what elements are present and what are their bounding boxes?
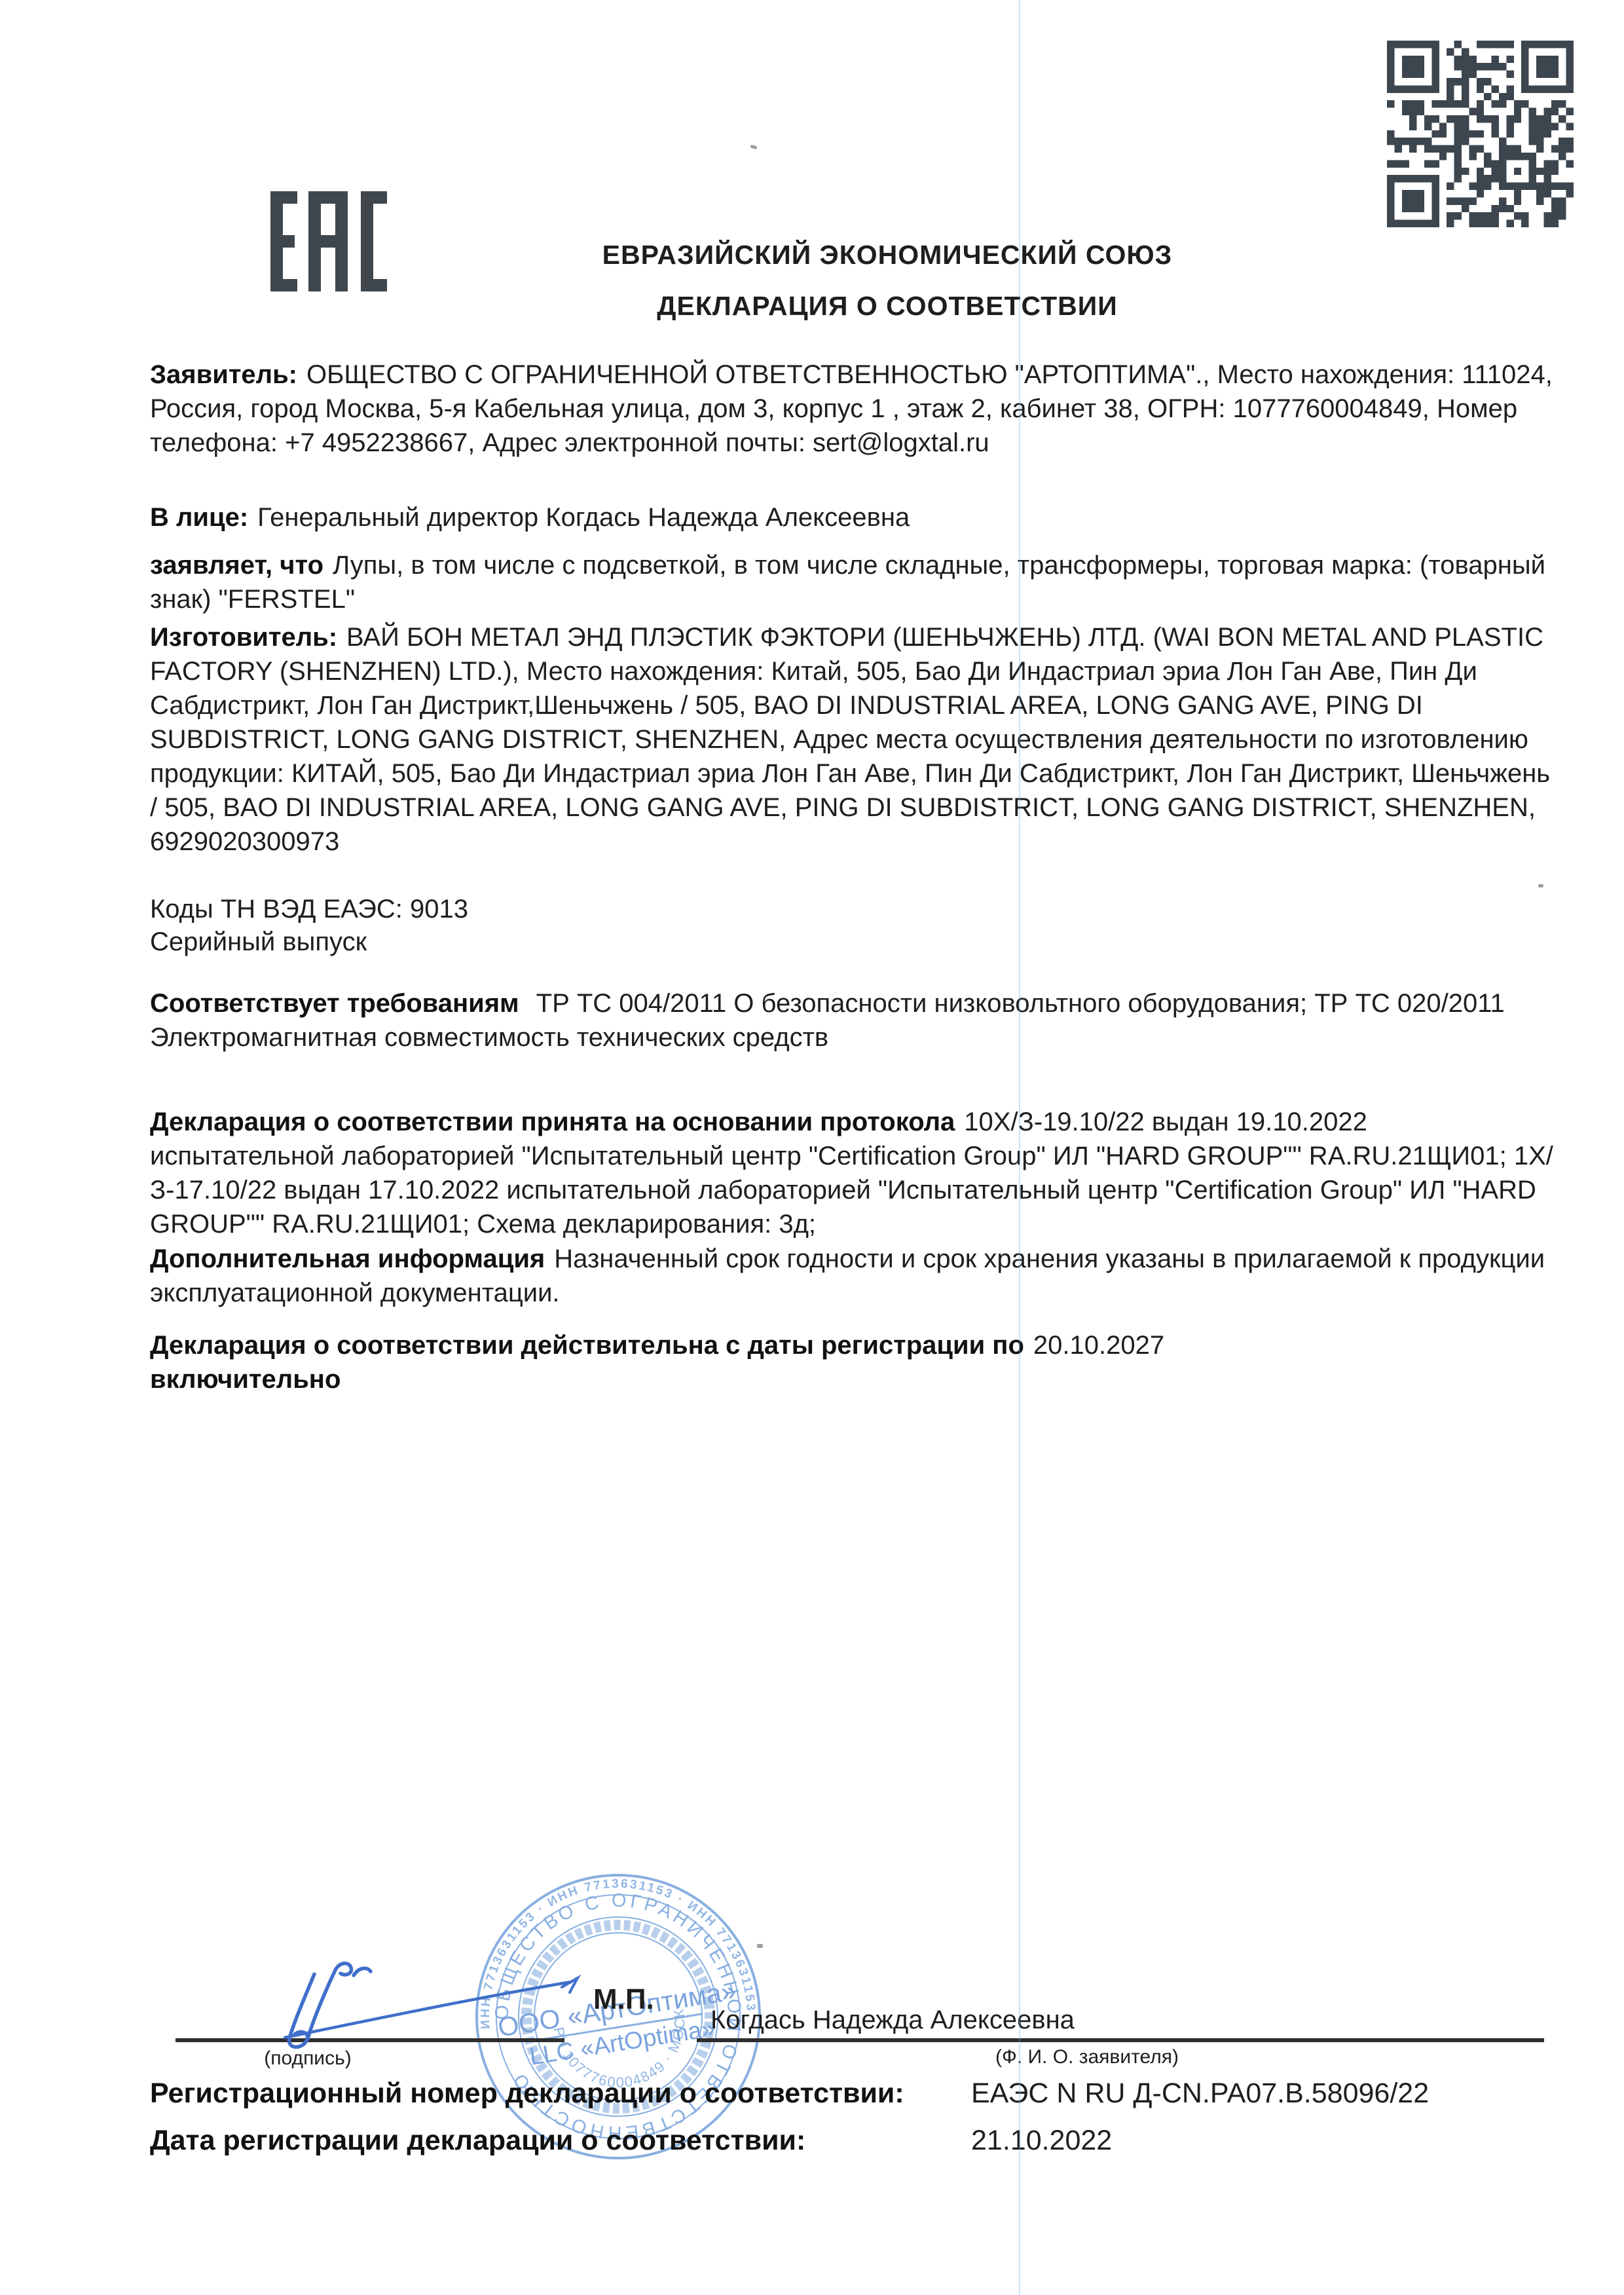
tnved-codes-line: Коды ТН ВЭД ЕАЭС: 9013 [150,892,1558,926]
compliance-label: Соответствует требованиям [150,989,519,1018]
manufacturer-text: ВАЙ БОН МЕТАЛ ЭНД ПЛЭСТИК ФЭКТОРИ (ШЕНЬЧ… [150,623,1550,856]
scan-speck [757,1944,763,1948]
declares-label: заявляет, что [150,551,323,580]
document-title: ДЕКЛАРАЦИЯ О СООТВЕТСТВИИ [157,291,1617,322]
validity-suffix: включительно [150,1362,1549,1396]
validity-date: 20.10.2027 [1033,1331,1164,1360]
manufacturer-paragraph: Изготовитель:ВАЙ БОН МЕТАЛ ЭНД ПЛЭСТИК Ф… [150,620,1558,859]
declares-text: Лупы, в том числе с подсветкой, в том чи… [150,551,1545,614]
name-rule [697,2038,1544,2042]
registration-number-value: ЕАЭС N RU Д-CN.РА07.В.58096/22 [971,2078,1429,2110]
validity-label: Декларация о соответствии действительна … [150,1331,1024,1360]
compliance-paragraph: Соответствует требованиямТР ТС 004/2011 … [150,986,1558,1054]
scanner-artifact-line [1019,0,1020,2295]
basis-label: Декларация о соответствии принята на осн… [150,1108,955,1136]
scan-speck [750,145,757,150]
qr-code-icon [1387,41,1574,227]
union-title: ЕВРАЗИЙСКИЙ ЭКОНОМИЧЕСКИЙ СОЮЗ [157,240,1617,271]
declares-paragraph: заявляет, чтоЛупы, в том числе с подсвет… [150,548,1558,616]
registration-date-label: Дата регистрации декларации о соответств… [150,2125,805,2157]
additional-info-label: Дополнительная информация [150,1244,545,1273]
declaration-page: ЕВРАЗИЙСКИЙ ЭКОНОМИЧЕСКИЙ СОЮЗ ДЕКЛАРАЦИ… [0,0,1624,2295]
additional-info-paragraph: Дополнительная информацияНазначенный сро… [150,1242,1558,1310]
person-text: Генеральный директор Когдась Надежда Але… [257,503,910,532]
applicant-text: ОБЩЕСТВО С ОГРАНИЧЕННОЙ ОТВЕТСТВЕННОСТЬЮ… [150,360,1553,457]
registration-date-value: 21.10.2022 [971,2125,1112,2157]
signature-icon [275,1952,616,2057]
manufacturer-label: Изготовитель: [150,623,337,652]
applicant-label: Заявитель: [150,360,297,389]
name-caption: (Ф. И. О. заявителя) [943,2046,1231,2068]
person-label: В лице: [150,503,248,532]
registration-number-label: Регистрационный номер декларации о соотв… [150,2078,904,2110]
validity-paragraph: Декларация о соответствии действительна … [150,1328,1558,1396]
scan-speck [1538,884,1543,887]
person-paragraph: В лице:Генеральный директор Когдась Наде… [150,500,1558,534]
applicant-paragraph: Заявитель:ОБЩЕСТВО С ОГРАНИЧЕННОЙ ОТВЕТС… [150,358,1558,460]
basis-paragraph: Декларация о соответствии принята на осн… [150,1105,1558,1241]
serial-release-line: Серийный выпуск [150,925,1558,959]
